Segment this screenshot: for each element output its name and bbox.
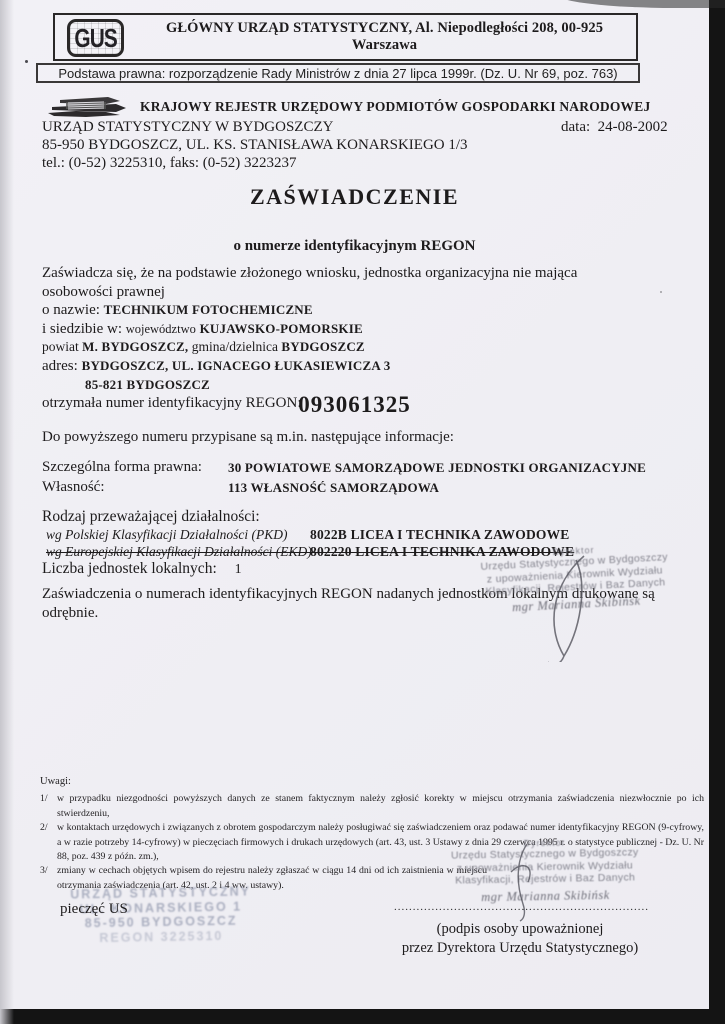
regon-logo-icon: [46, 91, 128, 121]
ownership-value: 113 WŁASNOŚĆ SAMORZĄDOWA: [228, 480, 439, 496]
local-units-row: Liczba jednostek lokalnych: 1: [42, 560, 242, 578]
notes-header: Uwagi:: [40, 775, 704, 789]
local-units-label: Liczba jednostek lokalnych:: [42, 560, 217, 577]
note-item: 1/ w przypadku niezgodności powyższych d…: [40, 792, 704, 821]
pkd-row: wg Polskiej Klasyfikacji Działalności (P…: [46, 527, 287, 544]
document-title: ZAŚWIADCZENIE: [0, 184, 709, 210]
name-value: TECHNIKUM FOTOCHEMICZNE: [104, 302, 313, 317]
seat-label: i siedzibie w:: [42, 321, 122, 337]
issuing-office-block: URZĄD STATYSTYCZNY W BYDGOSZCZY 85-950 B…: [42, 118, 468, 172]
assigned-info-line: Do powyższego numeru przypisane są m.in.…: [42, 429, 454, 446]
ownership-label: Własność:: [42, 479, 104, 495]
entity-address-line: adres: BYDGOSZCZ, UL. IGNACEGO ŁUKASIEWI…: [42, 357, 662, 376]
seat-prefix: województwo: [126, 322, 196, 336]
note-marker: 2/: [40, 821, 57, 864]
name-label: o nazwie:: [42, 302, 100, 318]
scanned-document: GUS GŁÓWNY URZĄD STATYSTYCZNY, Al. Niepo…: [0, 0, 725, 1024]
date-value: 24-08-2002: [598, 119, 668, 135]
date-label: data:: [561, 119, 590, 135]
signature-caption: (podpis osoby upoważnionej przez Dyrekto…: [360, 920, 680, 957]
legal-form-row: Szczególna forma prawna: 30 POWIATOWE SA…: [42, 459, 202, 476]
legal-basis-box: Podstawa prawna: rozporządzenie Rady Min…: [36, 63, 640, 83]
gus-logo-icon: GUS: [67, 19, 124, 57]
ownership-row: Własność: 113 WŁASNOŚĆ SAMORZĄDOWA: [42, 479, 104, 496]
entity-data-block: Zaświadcza się, że na podstawie złożoneg…: [42, 264, 662, 413]
ekd-row: wg Europejskiej Klasyfikacji Działalnośc…: [46, 544, 312, 561]
signature-caption-line: (podpis osoby upoważnionej: [360, 920, 680, 939]
address-label: adres:: [42, 358, 78, 374]
gus-logo-text: GUS: [74, 23, 117, 54]
header-box: GUS GŁÓWNY URZĄD STATYSTYCZNY, Al. Niepo…: [53, 13, 638, 61]
pkd-label: wg Polskiej Klasyfikacji Działalności (P…: [46, 527, 287, 542]
signature-stroke: [520, 552, 610, 662]
scan-speck: [25, 60, 28, 63]
local-units-value: 1: [235, 562, 242, 577]
gmina-label: gmina/dzielnica: [192, 339, 278, 354]
pkd-value: 8022B LICEA I TECHNIKA ZAWODOWE: [310, 527, 570, 543]
seat-value: KUJAWSKO-POMORSKIE: [200, 321, 363, 336]
address-value: BYDGOSZCZ, UL. IGNACEGO ŁUKASIEWICZA 3: [82, 358, 391, 373]
registry-title: KRAJOWY REJESTR URZĘDOWY PODMIOTÓW GOSPO…: [140, 99, 650, 115]
intro-line: osobowości prawnej: [42, 283, 662, 302]
statistical-office-line: GŁÓWNY URZĄD STATYSTYCZNY, Al. Niepodleg…: [139, 20, 630, 54]
powiat-value: M. BYDGOSZCZ,: [82, 339, 188, 354]
entity-seat-line: i siedzibie w: województwo KUJAWSKO-POMO…: [42, 320, 662, 339]
office-phone: tel.: (0-52) 3225310, faks: (0-52) 32232…: [42, 154, 468, 172]
seal-label: pieczęć US: [60, 901, 128, 918]
regon-number: 093061325: [0, 392, 709, 418]
gmina-value: BYDGOSZCZ: [281, 339, 364, 354]
document-subtitle: o numerze identyfikacyjnym REGON: [0, 238, 709, 255]
intro-line: Zaświadcza się, że na podstawie złożoneg…: [42, 264, 662, 283]
powiat-label: powiat: [42, 339, 79, 354]
note-marker: 1/: [40, 792, 57, 821]
office-name: URZĄD STATYSTYCZNY W BYDGOSZCZY: [42, 118, 468, 136]
office-address: 85-950 BYDGOSZCZ, UL. KS. STANISŁAWA KON…: [42, 136, 468, 154]
entity-name-line: o nazwie: TECHNIKUM FOTOCHEMICZNE: [42, 301, 662, 320]
entity-powiat-line: powiat M. BYDGOSZCZ, gmina/dzielnica BYD…: [42, 338, 662, 357]
scan-edge-shadow: [0, 0, 14, 1024]
legal-form-label: Szczególna forma prawna:: [42, 459, 202, 475]
issue-date: data: 24-08-2002: [561, 119, 668, 136]
legal-basis-text: Podstawa prawna: rozporządzenie Rady Min…: [58, 66, 617, 81]
signature-caption-line: przez Dyrektora Urzędu Statystycznego): [360, 939, 680, 958]
note-marker: 3/: [40, 864, 57, 893]
activity-header: Rodzaj przeważającej działalności:: [42, 508, 260, 526]
ekd-label-struck: wg Europejskiej Klasyfikacji Działalnośc…: [46, 544, 312, 559]
note-text: w przypadku niezgodności powyższych dany…: [57, 792, 704, 821]
signature-dotted-line: ........................................…: [394, 901, 649, 913]
legal-form-value: 30 POWIATOWE SAMORZĄDOWE JEDNOSTKI ORGAN…: [228, 460, 646, 476]
